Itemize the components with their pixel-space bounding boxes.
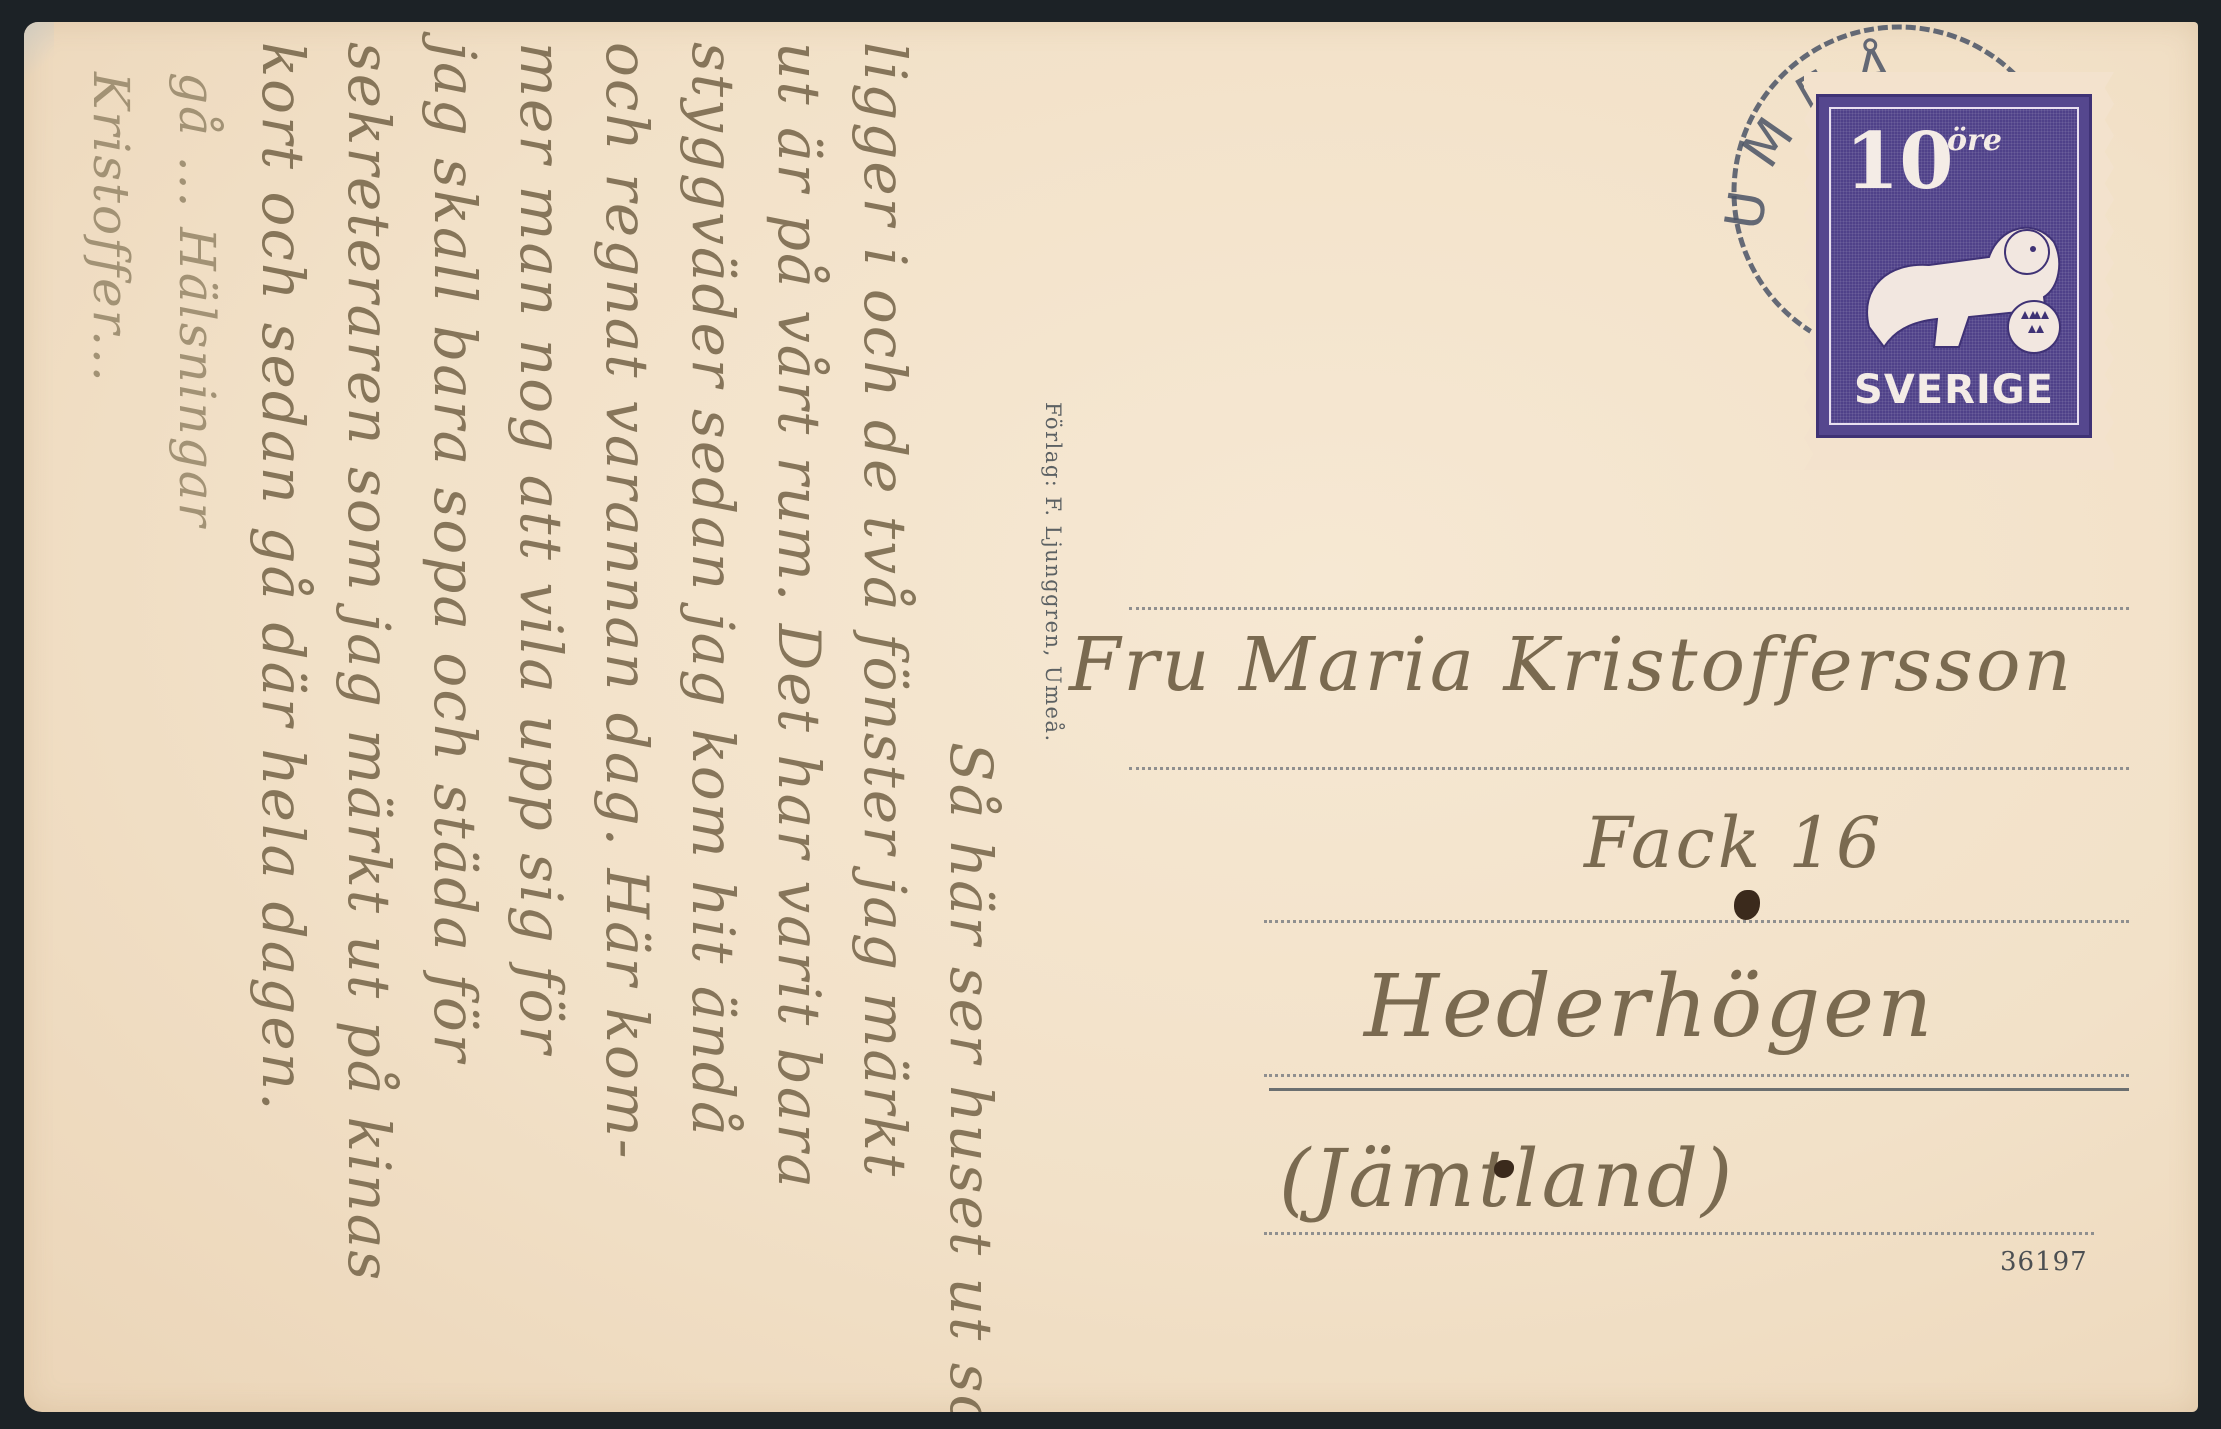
message-line: Så här ser huset ut som vi: [928, 42, 1014, 1372]
address-dotted-line: [1129, 607, 2129, 610]
address-underline: [1269, 1088, 2129, 1091]
message-signoff: gå ... Hälsningar: [154, 42, 240, 1372]
ink-blot: [1734, 890, 1760, 920]
stamp-unit: öre: [1947, 123, 2002, 158]
handwritten-message: Så här ser huset ut som vi ligger i och …: [64, 42, 1014, 1372]
message-line: ut är på vårt rum. Det har varit bara: [756, 42, 842, 1372]
stamp-face: 10 öre SVERIGE: [1816, 94, 2092, 438]
address-region: (Jämtland): [1279, 1132, 1735, 1225]
message-line: styggväder sedan jag kom hit ändå: [670, 42, 756, 1372]
message-signature: Kristoffer...: [68, 42, 154, 1372]
address-line-2: Fack 16: [1584, 802, 1884, 884]
message-line: och regnat varannan dag. Här kom-: [584, 42, 670, 1372]
message-line: mer man nog att vila upp sig för: [498, 42, 584, 1372]
address-dotted-line: [1264, 1074, 2129, 1077]
postcard: Så här ser huset ut som vi ligger i och …: [24, 22, 2198, 1412]
recipient-name: Fru Maria Kristoffersson: [1069, 622, 2074, 708]
postage-stamp: 10 öre SVERIGE: [1804, 72, 2114, 470]
message-line: ligger i och de två fönster jag märkt: [842, 42, 928, 1372]
message-line: kort och sedan gå där hela dagen.: [240, 42, 326, 1372]
address-dotted-line: [1264, 920, 2129, 923]
address-town: Hederhögen: [1364, 957, 1935, 1057]
stamp-value: 10: [1845, 123, 1954, 201]
serial-number: 36197: [2000, 1247, 2088, 1277]
message-line: sekreteraren som jag märkt ut på kinas: [326, 42, 412, 1372]
lion-icon: [1849, 207, 2069, 357]
message-line: jag skall bara sopa och städa för: [412, 42, 498, 1372]
address-dotted-line: [1129, 767, 2129, 770]
publisher-imprint: Förlag: F. Ljunggren, Umeå.: [1041, 402, 1065, 743]
stamp-country: SVERIGE: [1831, 367, 2077, 413]
address-dotted-line: [1264, 1232, 2094, 1235]
